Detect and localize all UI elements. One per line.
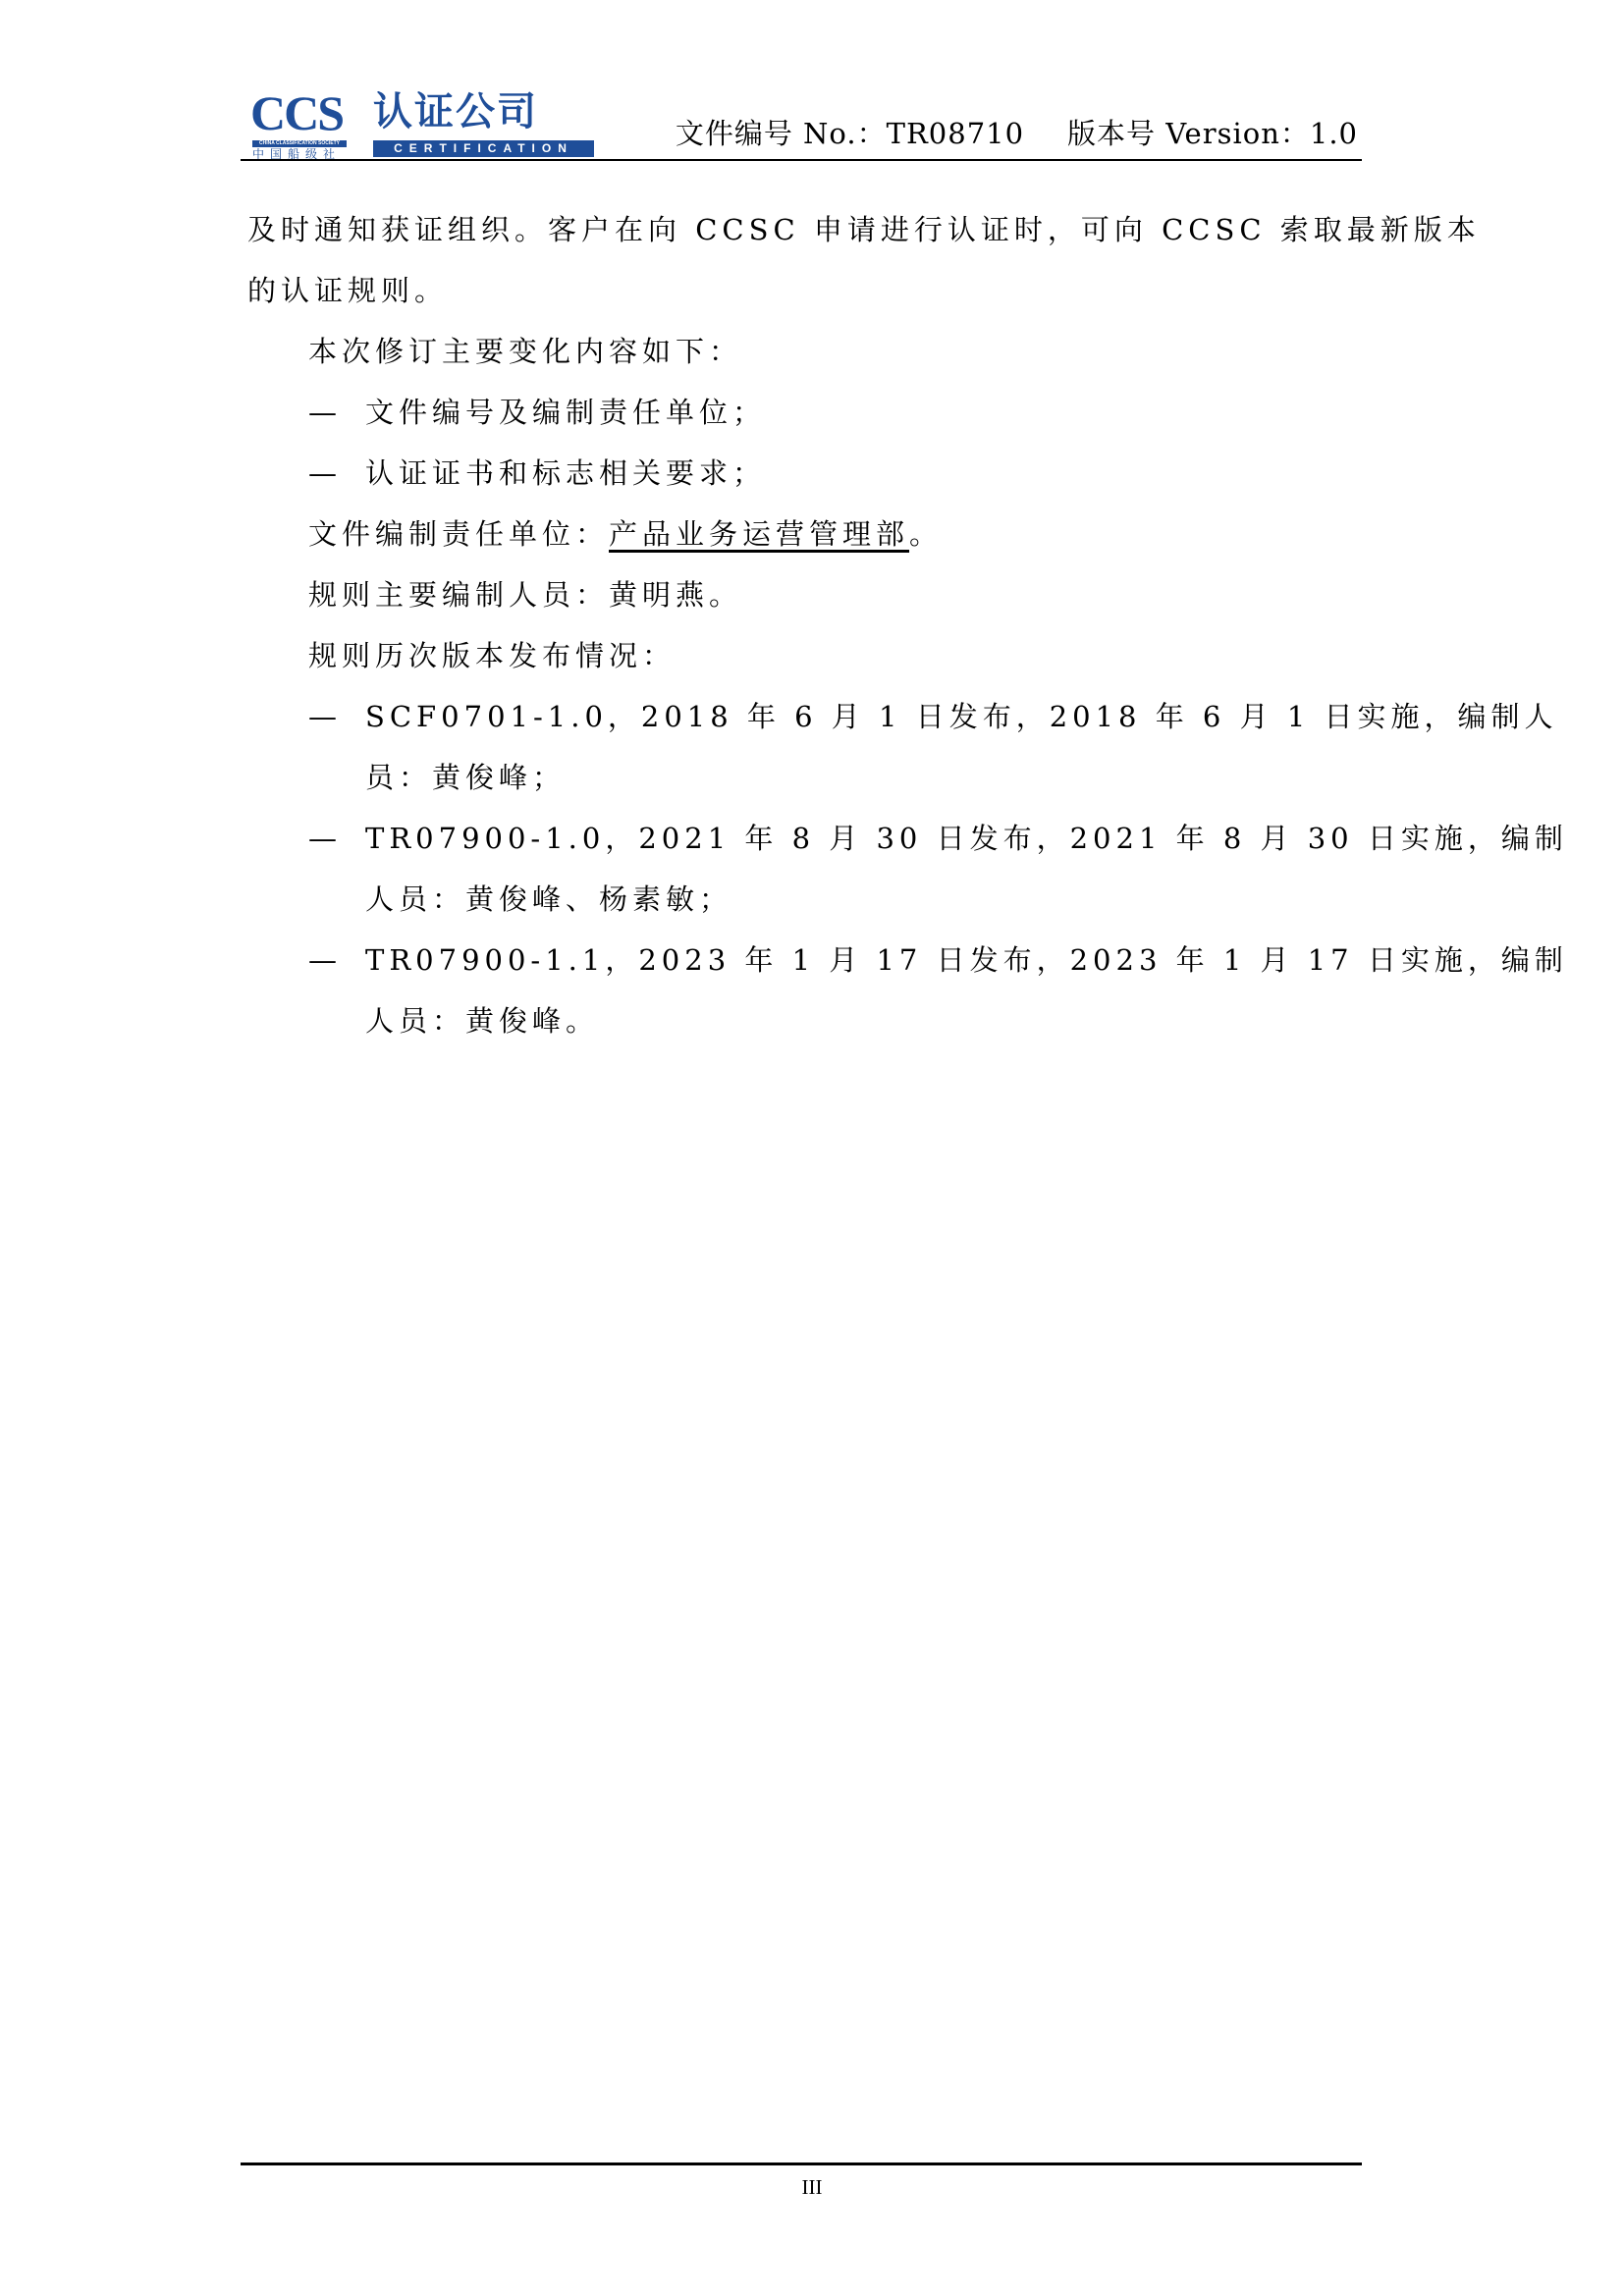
intro-paragraph-line-2: 的认证规则。 [247, 271, 448, 310]
ccs-certification-logo: CCS CHINA CLASSIFICATION SOCIETY 中国船级社 认… [250, 86, 594, 157]
version-label: 版本号 Version： [1067, 116, 1310, 151]
footer-divider [241, 2163, 1362, 2165]
history-item-line-1: —TR07900-1.0，2021 年 8 月 30 日发布，2021 年 8 … [308, 819, 1568, 858]
change-item: —文件编号及编制责任单位； [308, 393, 766, 432]
history-item-text: SCF0701-1.0，2018 年 6 月 1 日发布，2018 年 6 月 … [365, 700, 1558, 733]
responsible-unit-label: 文件编制责任单位： [308, 517, 609, 551]
history-item-line-2: 员：黄俊峰； [365, 758, 566, 797]
dash-bullet: — [308, 454, 365, 493]
responsible-unit-value: 产品业务运营管理部 [609, 517, 909, 551]
responsible-unit-line: 文件编制责任单位：产品业务运营管理部。 [308, 514, 943, 554]
dash-bullet: — [308, 393, 365, 432]
dash-bullet: — [308, 819, 365, 858]
header-divider [241, 159, 1362, 161]
change-item-text: 认证证书和标志相关要求； [365, 456, 766, 490]
logo-society-en: CHINA CLASSIFICATION SOCIETY [252, 140, 347, 147]
responsible-unit-period: 。 [909, 517, 943, 551]
doc-number: TR08710 [887, 116, 1024, 151]
changes-heading: 本次修订主要变化内容如下： [308, 332, 742, 371]
doc-number-label: 文件编号 No.： [676, 116, 887, 151]
document-meta: 文件编号 No.：TR08710版本号 Version：1.0 [676, 116, 1358, 151]
version-number: 1.0 [1310, 116, 1358, 151]
intro-paragraph-line-1: 及时通知获证组织。客户在向 CCSC 申请进行认证时，可向 CCSC 索取最新版… [247, 210, 1481, 249]
history-item-line-1: —TR07900-1.1，2023 年 1 月 17 日发布，2023 年 1 … [308, 940, 1568, 980]
history-item-line-1: —SCF0701-1.0，2018 年 6 月 1 日发布，2018 年 6 月… [308, 697, 1558, 736]
history-item-text: TR07900-1.1，2023 年 1 月 17 日发布，2023 年 1 月… [365, 943, 1568, 977]
dash-bullet: — [308, 940, 365, 980]
change-item-text: 文件编号及编制责任单位； [365, 396, 766, 429]
logo-certification-cn: 认证公司 [373, 88, 538, 135]
history-heading: 规则历次版本发布情况： [308, 636, 676, 675]
document-page: CCS CHINA CLASSIFICATION SOCIETY 中国船级社 认… [0, 0, 1624, 2296]
page-number: III [0, 2175, 1624, 2199]
main-author-line: 规则主要编制人员：黄明燕。 [308, 575, 742, 614]
page-header: CCS CHINA CLASSIFICATION SOCIETY 中国船级社 认… [241, 86, 1362, 160]
history-item-line-2: 人员：黄俊峰。 [365, 1001, 599, 1041]
dash-bullet: — [308, 697, 365, 736]
logo-certification-en: CERTIFICATION [373, 140, 594, 157]
history-item-text: TR07900-1.0，2021 年 8 月 30 日发布，2021 年 8 月… [365, 822, 1568, 855]
history-item-line-2: 人员：黄俊峰、杨素敏； [365, 880, 732, 919]
logo-brand-text: CCS [250, 88, 343, 137]
change-item: —认证证书和标志相关要求； [308, 454, 766, 493]
